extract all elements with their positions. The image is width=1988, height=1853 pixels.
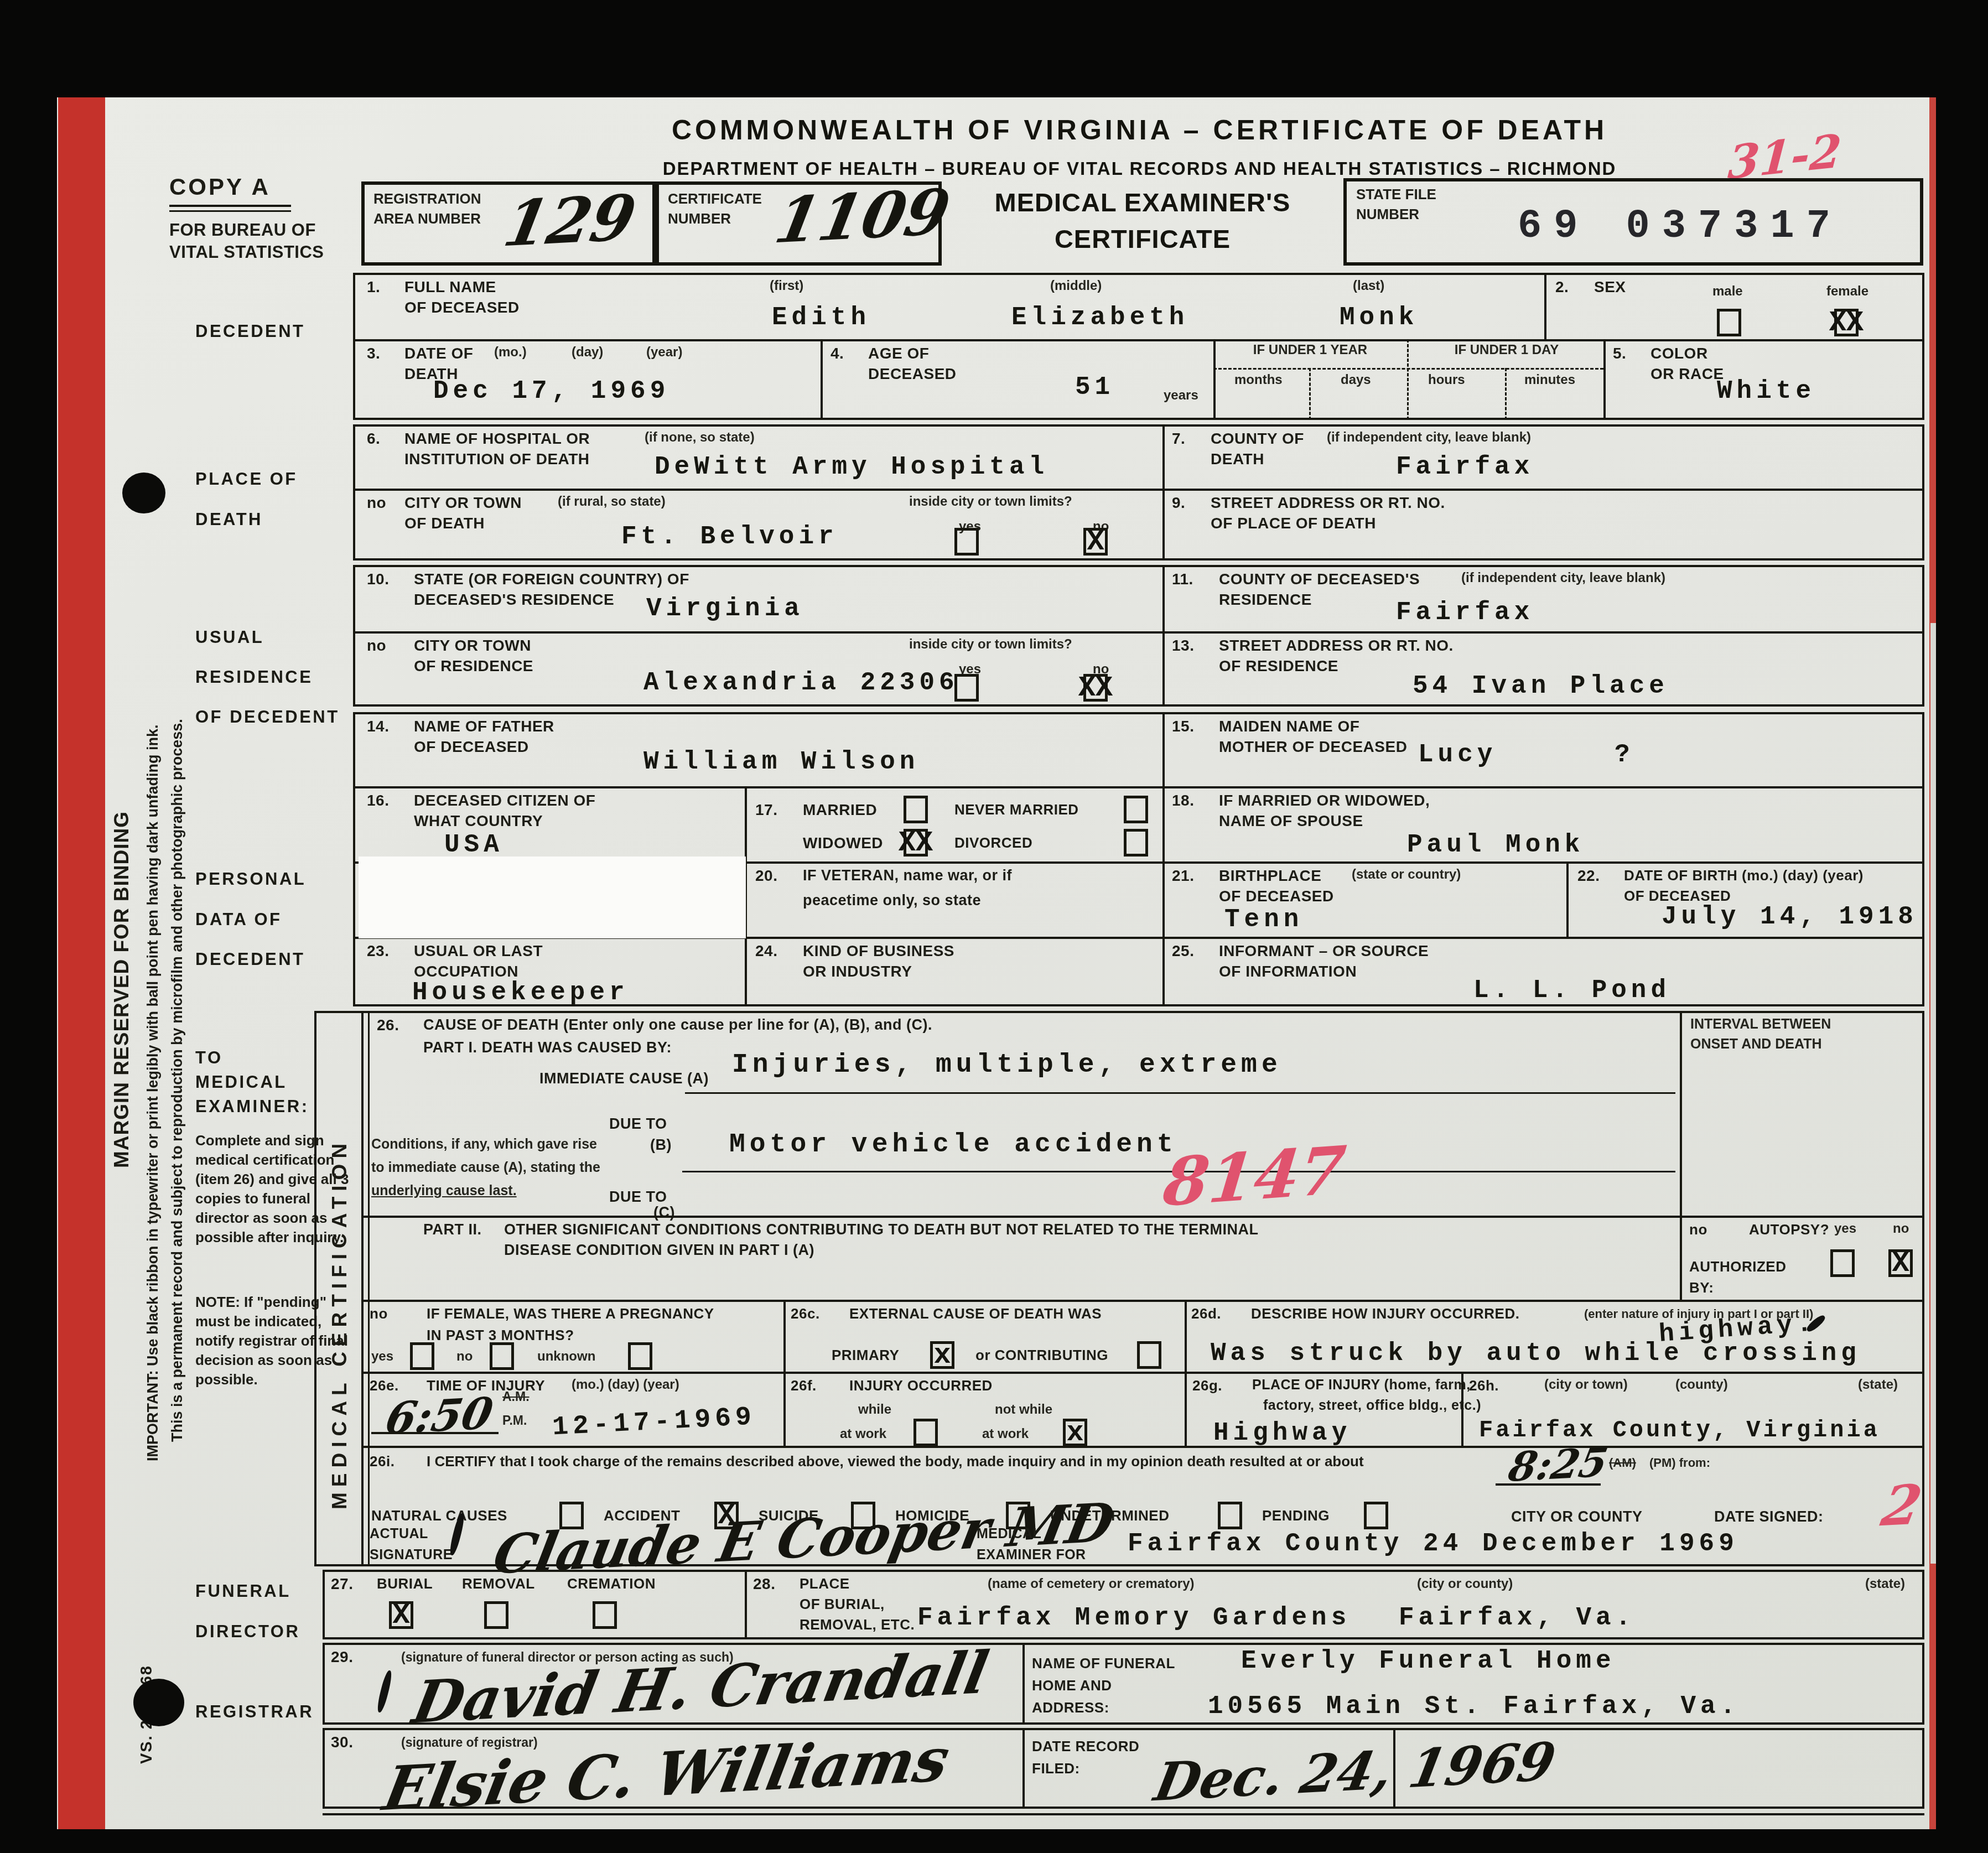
state-file-label-1: STATE FILE: [1356, 186, 1436, 203]
copy-a-line2: FOR BUREAU OF: [169, 220, 316, 240]
field4-label-1: AGE OF: [868, 345, 929, 362]
field27-number: 27.: [331, 1575, 353, 1593]
field12-yes-checkbox: [954, 674, 979, 702]
field26i-number: 26i.: [370, 1453, 395, 1470]
burial-checkbox: X: [389, 1601, 413, 1629]
field12-label-2: OF RESIDENCE: [414, 657, 533, 675]
field26b-number: no: [370, 1305, 388, 1322]
sex-female-mark: XX: [1829, 307, 1864, 339]
color-or-race: White: [1717, 377, 1815, 406]
field5-number: 5.: [1613, 345, 1626, 362]
field7-label-1: COUNTY OF: [1211, 430, 1304, 448]
grid-line: [353, 631, 1924, 634]
conditions-line-2: to immediate cause (A), stating the: [371, 1160, 600, 1176]
burial-mark: X: [392, 1599, 409, 1632]
field8-no-checkbox: X: [1083, 528, 1108, 556]
section-usual-3: OF DECEDENT: [195, 707, 340, 727]
field6-label-1: NAME OF HOSPITAL OR: [404, 430, 590, 448]
city-or-county-label: CITY OR COUNTY: [1511, 1508, 1643, 1525]
section-personal-2: DATA OF: [195, 910, 282, 930]
grid-line: [1505, 368, 1507, 420]
field26h-city-hint: (city or town): [1544, 1377, 1628, 1393]
field26f-label: INJURY OCCURRED: [849, 1377, 993, 1394]
field18-number: 18.: [1172, 792, 1194, 809]
field12-number: no: [367, 637, 386, 655]
time-of-injury-handwritten: 6:50: [381, 1388, 497, 1444]
funeral-home-label-2: HOME AND: [1032, 1677, 1112, 1694]
field22-label-1: DATE OF BIRTH (mo.) (day) (year): [1624, 867, 1864, 884]
mother-maiden-name: Lucy: [1418, 740, 1497, 769]
field11-label-2: RESIDENCE: [1219, 591, 1312, 609]
state-file-number: 69 037317: [1518, 204, 1842, 249]
grid-line: [361, 1372, 1924, 1374]
registration-label-1: REGISTRATION: [373, 190, 481, 207]
field28-label-3: REMOVAL, ETC.: [800, 1616, 915, 1633]
field23-label-1: USUAL OR LAST: [414, 942, 543, 960]
registration-number-handwritten: 129: [498, 181, 641, 261]
primary-label: PRIMARY: [832, 1347, 899, 1364]
section-funeral-2: DIRECTOR: [195, 1622, 300, 1642]
page-subtitle: DEPARTMENT OF HEALTH – BUREAU OF VITAL R…: [356, 158, 1923, 179]
field21-label-2: OF DECEASED: [1219, 887, 1334, 905]
sex-male-label: male: [1712, 284, 1743, 299]
field11-label-1: COUNTY OF DECEASED'S: [1219, 570, 1420, 588]
field28-hint-state: (state): [1865, 1576, 1905, 1592]
field1-label-1: FULL NAME: [404, 278, 496, 296]
under-1-year-title: IF UNDER 1 YEAR: [1213, 342, 1407, 358]
grid-line: [783, 1372, 786, 1446]
field26h-number: 26h.: [1469, 1377, 1499, 1394]
time-of-death-underline: [1496, 1483, 1601, 1486]
field10-number: 10.: [367, 570, 389, 588]
place-of-burial: Fairfax Memory Gardens: [917, 1603, 1351, 1632]
funeral-home-name: Everly Funeral Home: [1241, 1647, 1616, 1675]
authorized-by-label: BY:: [1689, 1279, 1714, 1296]
citizen-of-country: USA: [444, 831, 504, 859]
section-personal-3: DECEDENT: [195, 949, 305, 969]
section-to-2: MEDICAL: [195, 1072, 287, 1092]
grid-line: [1566, 861, 1569, 937]
copy-a-underline: [169, 205, 291, 207]
grid-line: [353, 786, 1924, 788]
field18-label-1: IF MARRIED OR WIDOWED,: [1219, 792, 1430, 809]
field22-number: 22.: [1577, 867, 1600, 885]
grid-line: [1544, 273, 1546, 339]
grid-line: [361, 1446, 1924, 1448]
field12-label-1: CITY OR TOWN: [414, 637, 531, 655]
primary-mark: x: [933, 1339, 951, 1372]
field20-label-1: IF VETERAN, name war, or if: [803, 867, 1012, 884]
field4-label-2: DECEASED: [868, 365, 957, 383]
time-of-death-handwritten: 8:25: [1505, 1438, 1612, 1491]
field3-hint-year: (year): [646, 345, 682, 360]
field1-hint-first: (first): [770, 278, 803, 294]
medical-examiners-certificate-1: MEDICAL EXAMINER'S: [942, 187, 1343, 217]
autopsy-yes-label: yes: [1834, 1221, 1856, 1237]
section-place-1: PLACE OF: [195, 469, 298, 489]
grid-line: [1162, 424, 1165, 560]
field13-number: 13.: [1172, 637, 1194, 655]
conditions-line-3: underlying cause last.: [371, 1183, 517, 1199]
field10-label-1: STATE (OR FOREIGN COUNTRY) OF: [414, 570, 689, 588]
field25-label-2: OF INFORMATION: [1219, 963, 1357, 980]
field26e-number: 26e.: [370, 1377, 399, 1394]
grid-line: [1407, 339, 1409, 420]
date-filed-label-1: DATE RECORD: [1032, 1738, 1139, 1755]
medical-examiner-for-label-2: EXAMINER FOR: [977, 1547, 1086, 1563]
grid-line: [368, 1011, 370, 1566]
section-to-3: EXAMINER:: [195, 1097, 309, 1117]
primary-checkbox: x: [930, 1341, 954, 1369]
field25-number: 25.: [1172, 942, 1194, 960]
pending-label: PENDING: [1262, 1507, 1330, 1524]
county-of-death: Fairfax: [1396, 453, 1534, 481]
field13-label-1: STREET ADDRESS OR RT. NO.: [1219, 637, 1454, 655]
under-1-day-title: IF UNDER 1 DAY: [1410, 342, 1603, 358]
spouse-name: Paul Monk: [1407, 831, 1584, 859]
grid-line: [1603, 339, 1606, 420]
field8-hint: (if rural, so state): [558, 494, 666, 510]
margin-important-text: IMPORTANT: Use black ribbon in typewrite…: [144, 724, 162, 1461]
under-1-year-months: months: [1234, 372, 1283, 388]
removal-checkbox: [484, 1601, 508, 1629]
field24-label-1: KIND OF BUSINESS: [803, 942, 954, 960]
not-while-mark: x: [1066, 1416, 1083, 1449]
under-1-day-minutes: minutes: [1524, 372, 1575, 388]
under-1-day-hours: hours: [1428, 372, 1465, 388]
field26g-label-1: PLACE OF INJURY (home, farm,: [1252, 1377, 1471, 1393]
field28-hint-cemetery: (name of cemetery or crematory): [988, 1576, 1194, 1592]
widowed-checkbox: XX: [904, 829, 928, 857]
grid-line: [361, 1216, 1924, 1218]
field3-label-1: DATE OF: [404, 345, 473, 362]
field25-label-1: INFORMANT – OR SOURCE: [1219, 942, 1429, 960]
decedent-first-name: Edith: [772, 303, 870, 332]
authorized-label: AUTHORIZED: [1689, 1258, 1786, 1275]
grid-line: [353, 489, 1924, 491]
married-checkbox: [904, 796, 928, 823]
field5-label-2: OR RACE: [1650, 365, 1724, 383]
part2-text-2: DISEASE CONDITION GIVEN IN PART I (A): [504, 1242, 814, 1259]
registration-label-2: AREA NUMBER: [373, 210, 481, 227]
not-while-label: not while: [995, 1402, 1052, 1418]
field1-hint-middle: (middle): [1050, 278, 1102, 294]
field8-label-2: OF DEATH: [404, 515, 485, 532]
binding-red-stripe: [58, 97, 105, 1829]
field11-number: 11.: [1172, 570, 1193, 588]
redacted-field19: [359, 857, 746, 938]
undetermined-checkbox: [1218, 1502, 1242, 1529]
autopsy-no-label: no: [1893, 1221, 1909, 1237]
actual-label: ACTUAL: [370, 1526, 428, 1542]
grid-line: [361, 1011, 364, 1566]
decedent-last-name: Monk: [1340, 303, 1418, 332]
grid-line: [1309, 368, 1311, 420]
certificate-label-1: CERTIFICATE: [668, 190, 762, 207]
autopsy-no-checkbox: X: [1888, 1249, 1913, 1277]
field9-number: 9.: [1172, 494, 1185, 512]
field24-number: 24.: [755, 942, 777, 960]
field29-number: 29.: [331, 1648, 353, 1666]
field14-label-2: OF DECEASED: [414, 738, 529, 756]
field26-part1: PART I. DEATH WAS CAUSED BY:: [423, 1039, 672, 1056]
father-name: William Wilson: [643, 748, 919, 776]
field16-label-2: WHAT COUNTRY: [414, 812, 543, 830]
field26h-state-hint: (state): [1858, 1377, 1898, 1393]
while-at-work-checkbox: [913, 1419, 938, 1446]
field21-hint: (state or country): [1352, 867, 1461, 883]
field20-label-2: peacetime only, so state: [803, 892, 981, 909]
sex-male-checkbox: [1717, 309, 1741, 336]
signature-label: SIGNATURE: [370, 1547, 453, 1563]
pregnancy-yes-label: yes: [371, 1349, 393, 1364]
medical-examiners-certificate-2: CERTIFICATE: [942, 224, 1343, 254]
funeral-home-label-3: ADDRESS:: [1032, 1699, 1109, 1716]
field26b-label-2: IN PAST 3 MONTHS?: [427, 1327, 574, 1344]
funeral-home-label-1: NAME OF FUNERAL: [1032, 1655, 1175, 1672]
scanned-death-certificate: { "colors":{"paper":"#e5e6e1","red_strip…: [0, 0, 1988, 1853]
field26b-label-1: IF FEMALE, WAS THERE A PREGNANCY: [427, 1305, 714, 1322]
margin-binding-text: MARGIN RESERVED FOR BINDING: [110, 811, 133, 1168]
decedent-middle-name: Elizabeth: [1011, 303, 1188, 332]
field30-number: 30.: [331, 1733, 353, 1751]
sex-female-checkbox: XX: [1834, 309, 1859, 336]
widowed-label: WIDOWED: [803, 834, 883, 852]
field21-label-1: BIRTHPLACE: [1219, 867, 1321, 885]
county-of-residence: Fairfax: [1396, 598, 1534, 627]
section-decedent: DECEDENT: [195, 321, 305, 341]
field2-number: 2.: [1555, 278, 1569, 296]
pregnancy-unknown-label: unknown: [537, 1349, 595, 1364]
field26-number: 26.: [377, 1016, 399, 1034]
pregnancy-yes-checkbox: [410, 1342, 434, 1370]
field3-number: 3.: [367, 345, 380, 362]
pregnancy-no-checkbox: [490, 1342, 514, 1370]
cremation-checkbox: [593, 1601, 617, 1629]
contributing-checkbox: [1137, 1341, 1161, 1369]
due-to-label-1: DUE TO: [609, 1115, 667, 1133]
date-signed-label: DATE SIGNED:: [1714, 1508, 1824, 1525]
age-years-label: years: [1164, 388, 1198, 403]
pregnancy-unknown-checkbox: [628, 1342, 652, 1370]
due-to-label-2: DUE TO: [609, 1188, 667, 1206]
section-registrar: REGISTRAR: [195, 1702, 314, 1722]
field6-hint: (if none, so state): [645, 430, 755, 445]
field8-no-mark: X: [1087, 526, 1104, 558]
field12-no-mark: XX: [1078, 672, 1113, 704]
date-of-birth: July 14, 1918: [1662, 902, 1918, 931]
removal-label: REMOVAL: [462, 1575, 535, 1592]
field28-label-2: OF BURIAL,: [800, 1596, 885, 1613]
grid-line: [745, 1570, 747, 1639]
field12-no-checkbox: XX: [1083, 674, 1108, 702]
certify-statement: I CERTIFY that I took charge of the rema…: [427, 1453, 1364, 1470]
field15-number: 15.: [1172, 718, 1194, 735]
copy-a-line3: VITAL STATISTICS: [169, 242, 324, 262]
field6-number: 6.: [367, 430, 380, 448]
field1-label-2: OF DECEASED: [404, 299, 520, 316]
injury-city-county-state: Fairfax County, Virginia: [1479, 1417, 1880, 1444]
pending-checkbox: [1364, 1502, 1388, 1529]
field26g-label-2: factory, street, office bldg., etc.): [1263, 1398, 1481, 1414]
section-personal-1: PERSONAL: [195, 869, 306, 889]
field8-label-1: CITY OR TOWN: [404, 494, 522, 512]
cause-of-death-a: Injuries, multiple, extreme: [732, 1050, 1282, 1080]
certificate-label-2: NUMBER: [668, 210, 731, 227]
field15-label-1: MAIDEN NAME OF: [1219, 718, 1359, 735]
grid-line: [361, 1300, 1924, 1302]
field26d-label: DESCRIBE HOW INJURY OCCURRED.: [1251, 1305, 1519, 1322]
grid-line: [1162, 565, 1165, 707]
field4-number: 4.: [831, 345, 844, 362]
field23-number: 23.: [367, 942, 389, 960]
field26c-label: EXTERNAL CAUSE OF DEATH WAS: [849, 1305, 1102, 1322]
pregnancy-no-label: no: [456, 1349, 473, 1364]
not-while-at-work-checkbox: x: [1063, 1419, 1087, 1446]
grid-line: [1162, 712, 1165, 1006]
burial-label: BURIAL: [377, 1575, 433, 1592]
city-of-residence: Alexandria 22306: [643, 668, 959, 697]
field1-number: 1.: [367, 278, 380, 296]
occupation: Housekeeper: [412, 978, 629, 1007]
never-married-label: NEVER MARRIED: [954, 801, 1079, 818]
part2-text-1: OTHER SIGNIFICANT CONDITIONS CONTRIBUTIN…: [504, 1221, 1258, 1238]
field1-hint-last: (last): [1353, 278, 1384, 294]
date-filed-label-2: FILED:: [1032, 1760, 1080, 1777]
state-file-label-2: NUMBER: [1356, 206, 1419, 223]
hospital-of-death: DeWitt Army Hospital: [655, 453, 1048, 481]
field10-label-2: DECEASED'S RESIDENCE: [414, 591, 614, 609]
grid-line: [821, 339, 823, 420]
never-married-checkbox: [1124, 796, 1148, 823]
certificate-number-handwritten: 1109: [769, 175, 956, 258]
field8-yes-checkbox: [954, 528, 979, 556]
married-label: MARRIED: [803, 801, 877, 819]
field7-number: 7.: [1172, 430, 1185, 448]
under-1-year-days: days: [1341, 372, 1371, 388]
field14-number: 14.: [367, 718, 389, 735]
section-to-1: TO: [195, 1048, 223, 1068]
field3-hint-day: (day): [572, 345, 603, 360]
at-work-label-1: at work: [840, 1426, 886, 1442]
grid-line: [1680, 1011, 1682, 1300]
field8-number: no: [367, 494, 386, 512]
field26g-number: 26g.: [1192, 1377, 1222, 1394]
while-label: while: [858, 1402, 891, 1418]
field18-label-2: NAME OF SPOUSE: [1219, 812, 1363, 830]
field14-label-1: NAME OF FATHER: [414, 718, 554, 735]
field26c-number: 26c.: [791, 1305, 820, 1322]
cremation-label: CREMATION: [567, 1575, 656, 1592]
field28-hint-city: (city or county): [1417, 1576, 1513, 1592]
time-of-injury-underline: [371, 1432, 499, 1434]
medical-examiner-for-value: Fairfax County 24 December 1969: [1128, 1529, 1738, 1558]
burial-city: Fairfax, Va.: [1399, 1603, 1635, 1632]
birthplace: Tenn: [1224, 905, 1303, 934]
field7-label-2: DEATH: [1211, 450, 1264, 468]
part2-label: PART II.: [423, 1221, 482, 1238]
field5-label-1: COLOR: [1650, 345, 1708, 362]
place-of-injury: Highway: [1213, 1419, 1351, 1447]
field9-label-1: STREET ADDRESS OR RT. NO.: [1211, 494, 1445, 512]
informant: L. L. Pond: [1473, 976, 1670, 1005]
section-usual-1: USUAL: [195, 627, 264, 647]
field12-limits-label: inside city or town limits?: [909, 637, 1072, 652]
section-usual-2: RESIDENCE: [195, 667, 313, 687]
margin-permanent-text: This is a permanent record and subject t…: [169, 719, 186, 1442]
street-address-of-residence: 54 Ivan Place: [1413, 672, 1669, 700]
field26f-number: 26f.: [791, 1377, 817, 1394]
field8-limits-label: inside city or town limits?: [909, 494, 1072, 510]
adjacent-page-edge: [1930, 623, 1936, 1564]
conditions-line-1: Conditions, if any, which gave rise: [371, 1136, 597, 1153]
sex-female-label: female: [1826, 284, 1868, 299]
cause-of-death-b: Motor vehicle accident: [729, 1130, 1177, 1160]
interval-label-1: INTERVAL BETWEEN: [1690, 1016, 1831, 1032]
field16-label-1: DECEASED CITIZEN OF: [414, 792, 595, 809]
injury-description-line-2: Was struck by auto while crossing: [1211, 1339, 1861, 1368]
page-title: COMMONWEALTH OF VIRGINIA – CERTIFICATE O…: [356, 114, 1923, 146]
copy-a-underline2: [169, 210, 291, 212]
field21-number: 21.: [1172, 867, 1194, 885]
section-place-2: DEATH: [195, 510, 263, 530]
immediate-cause-label: IMMEDIATE CAUSE (A): [539, 1070, 709, 1087]
divorced-label: DIVORCED: [954, 834, 1032, 852]
red-case-number: 8147: [1160, 1131, 1349, 1221]
state-of-residence: Virginia: [646, 594, 804, 623]
age-of-deceased: 51: [1075, 373, 1114, 402]
field6-label-2: INSTITUTION OF DEATH: [404, 450, 590, 468]
autopsy-no-mark: X: [1892, 1247, 1909, 1280]
field16-number: 16.: [367, 792, 389, 809]
cause-b-paren: (B): [650, 1136, 672, 1154]
field26a-number: no: [1689, 1221, 1707, 1238]
grid-line: [1022, 1643, 1025, 1725]
pm-label: P.M.: [502, 1413, 527, 1428]
grid-line: [1022, 1728, 1025, 1809]
field28-label-1: PLACE: [800, 1575, 850, 1592]
medical-examiner-for-label-1: MEDICAL: [977, 1526, 1041, 1542]
widowed-mark: XX: [899, 827, 933, 859]
field26h-county-hint: (county): [1675, 1377, 1728, 1393]
pm-paren: (PM) from:: [1649, 1456, 1710, 1470]
band-medical-certification: [314, 1011, 1924, 1566]
field11-hint: (if independent city, leave blank): [1461, 570, 1665, 586]
cause-a-underline: [685, 1092, 1675, 1094]
grid-line: [353, 339, 1924, 341]
field2-label: SEX: [1594, 278, 1626, 296]
field28-number: 28.: [753, 1575, 775, 1593]
field13-label-2: OF RESIDENCE: [1219, 657, 1338, 675]
field26-head: CAUSE OF DEATH (Enter only one cause per…: [423, 1016, 932, 1034]
cause-c-paren: (C): [653, 1204, 675, 1221]
funeral-home-address: 10565 Main St. Fairfax, Va.: [1208, 1692, 1740, 1721]
field26d-number: 26d.: [1191, 1305, 1221, 1322]
date-of-death: Dec 17, 1969: [433, 377, 669, 406]
divorced-checkbox: [1124, 829, 1148, 857]
field3-hint-mo: (mo.): [494, 345, 527, 360]
contributing-label: or CONTRIBUTING: [975, 1347, 1108, 1364]
at-work-label-2: at work: [982, 1426, 1029, 1442]
field24-label-2: OR INDUSTRY: [803, 963, 912, 980]
field9-label-2: OF PLACE OF DEATH: [1211, 515, 1376, 532]
field15-label-2: MOTHER OF DECEASED: [1219, 738, 1407, 756]
grid-line: [1185, 1372, 1187, 1446]
certificate-paper: COMMONWEALTH OF VIRGINIA – CERTIFICATE O…: [57, 97, 1936, 1829]
punch-hole-top: [122, 473, 165, 513]
am-paren-struck: (AM): [1609, 1456, 1636, 1470]
field7-hint: (if independent city, leave blank): [1327, 430, 1531, 445]
